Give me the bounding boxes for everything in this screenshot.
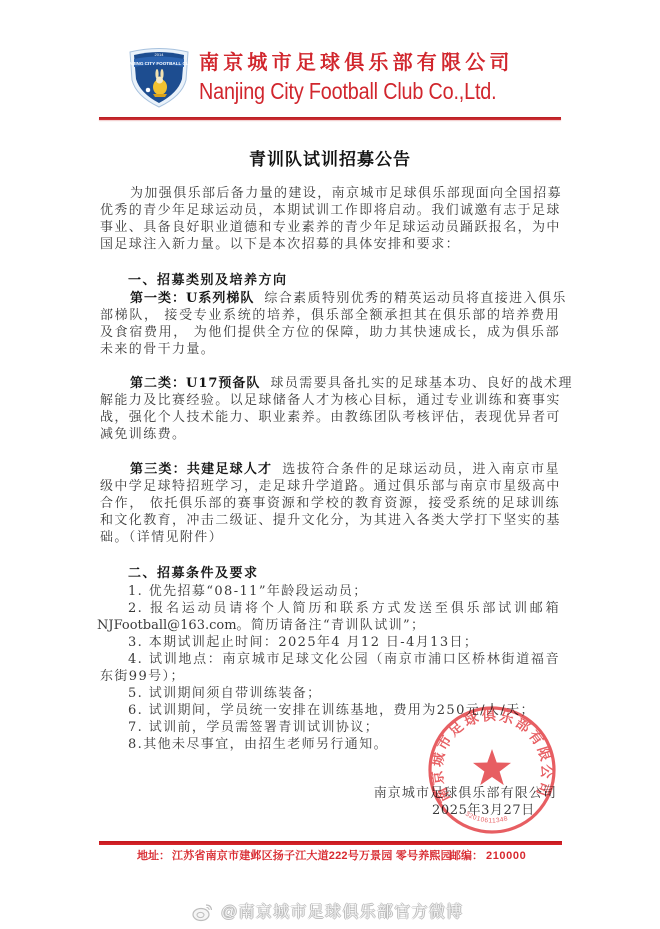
intro-line: 为加强俱乐部后备力量的建设，南京城市足球俱乐部现面向全国招募 bbox=[100, 185, 560, 202]
category-text: 球员需要具备扎实的足球基本功、良好的战术理 bbox=[270, 376, 572, 391]
category-1: 第一类：U系列梯队综合素质特别优秀的精英运动员将直接进入俱乐 部梯队， 接受专业… bbox=[100, 290, 560, 358]
category-text: 选拔符合条件的足球运动员，进入南京市星 bbox=[282, 462, 560, 477]
requirement-item-2-cont: NJFootball@163.com。简历请备注“青训队试训”； bbox=[100, 617, 560, 634]
company-name-cn: 南京城市足球俱乐部有限公司 bbox=[199, 50, 514, 76]
category-label: 第三类：共建足球人才 bbox=[130, 462, 272, 477]
address-value: 江苏省南京市建邺区扬子江大道222号万景园 零号养熙园 bbox=[172, 849, 452, 864]
category-line: 第三类：共建足球人才选拔符合条件的足球运动员，进入南京市星 bbox=[100, 461, 560, 478]
category-line: 合作， 依托俱乐部的赛事资源和学校的教育资源，接受系统的足球训练 bbox=[100, 495, 560, 512]
official-seal: 南京城市足球俱乐部有限公司 32010611348 bbox=[425, 703, 559, 837]
address-label: 地址： bbox=[137, 849, 170, 864]
intro-line: 事业、具备良好职业道德和专业素养的青少年足球运动员踊跃报名，为中 bbox=[100, 219, 560, 236]
email-suffix: 。简历请备注“青训队试训”； bbox=[237, 618, 426, 633]
postcode-label: 邮编： bbox=[450, 849, 483, 864]
category-line: 战，强化个人技术能力、职业素养。由教练团队考核评估，表现优异者可 bbox=[100, 409, 560, 426]
intro-line: 优秀的青少年足球运动员，本期试训工作即将启动。我们诚邀有志于足球 bbox=[100, 202, 560, 219]
category-line: 及食宿费用， 为他们提供全方位的保障，助力其快速成长，成为俱乐部 bbox=[100, 324, 560, 341]
section1-heading: 一、招募类别及培养方向 bbox=[100, 272, 588, 289]
category-line: 未来的骨干力量。 bbox=[100, 341, 560, 358]
category-line: 础。（详情见附件） bbox=[100, 529, 560, 546]
category-line: 第二类：U17预备队球员需要具备扎实的足球基本功、良好的战术理 bbox=[100, 375, 560, 392]
category-2: 第二类：U17预备队球员需要具备扎实的足球基本功、良好的战术理 解能力及比赛经验… bbox=[100, 375, 560, 443]
seal-number: 32010611348 bbox=[464, 811, 509, 825]
watermark-text: @南京城市足球俱乐部官方微博 bbox=[221, 903, 463, 923]
requirement-item-1: 1. 优先招募“08-11”年龄段运动员； bbox=[100, 583, 560, 600]
category-line: 和文化教育，冲击二级证、提升文化分，为其进入各类大学打下坚实的基 bbox=[100, 512, 560, 529]
requirement-item-4-cont: 东街99号）； bbox=[100, 668, 560, 685]
email-link[interactable]: NJFootball@163.com bbox=[97, 618, 237, 633]
category-text: 综合素质特别优秀的精英运动员将直接进入俱乐 bbox=[264, 291, 566, 306]
club-crest-icon: 2014 NANJING CITY FOOTBALL CLUB bbox=[127, 45, 191, 108]
category-label: 第一类：U系列梯队 bbox=[130, 291, 254, 306]
category-line: 解能力及比赛经验。以足球储备人才为核心目标，通过专业训练和赛事实 bbox=[100, 392, 560, 409]
category-line: 部梯队， 接受专业系统的培养，俱乐部全额承担其在俱乐部的培养费用 bbox=[100, 307, 560, 324]
category-line: 级中学足球特招班学习，走足球升学道路。通过俱乐部与南京市星级高中 bbox=[100, 478, 560, 495]
category-line: 减免训练费。 bbox=[100, 426, 560, 443]
requirement-item-4: 4. 试训地点：南京城市足球文化公园（南京市浦口区桥林街道福音 bbox=[100, 651, 560, 668]
category-line: 第一类：U系列梯队综合素质特别优秀的精英运动员将直接进入俱乐 bbox=[100, 290, 560, 307]
intro-paragraph: 为加强俱乐部后备力量的建设，南京城市足球俱乐部现面向全国招募 优秀的青少年足球运… bbox=[100, 185, 560, 253]
category-3: 第三类：共建足球人才选拔符合条件的足球运动员，进入南京市星 级中学足球特招班学习… bbox=[100, 461, 560, 546]
intro-line: 国足球注入新力量。以下是本次招募的具体安排和要求： bbox=[100, 236, 560, 253]
svg-text:NANJING CITY FOOTBALL CLUB: NANJING CITY FOOTBALL CLUB bbox=[127, 61, 191, 66]
requirement-item-5: 5. 试训期间须自带训练装备； bbox=[100, 685, 560, 702]
red-star-icon bbox=[473, 749, 511, 785]
document-title: 青训队试训招募公告 bbox=[0, 150, 660, 170]
header-divider bbox=[99, 117, 561, 120]
svg-text:2014: 2014 bbox=[155, 52, 165, 57]
category-label: 第二类：U17预备队 bbox=[130, 376, 260, 391]
section2-heading: 二、招募条件及要求 bbox=[100, 565, 588, 582]
weibo-icon bbox=[192, 902, 214, 922]
postcode-value: 210000 bbox=[486, 849, 526, 864]
company-name-en: Nanjing City Football Club Co.,Ltd. bbox=[199, 77, 496, 105]
svg-text:32010611348: 32010611348 bbox=[464, 811, 509, 825]
requirement-item-3: 3. 本期试训起止时间：2025年4 月12 日-4月13日； bbox=[100, 634, 560, 651]
footer-divider bbox=[99, 841, 562, 845]
requirement-item-2: 2. 报名运动员请将个人简历和联系方式发送至俱乐部试训邮箱 bbox=[100, 600, 560, 617]
